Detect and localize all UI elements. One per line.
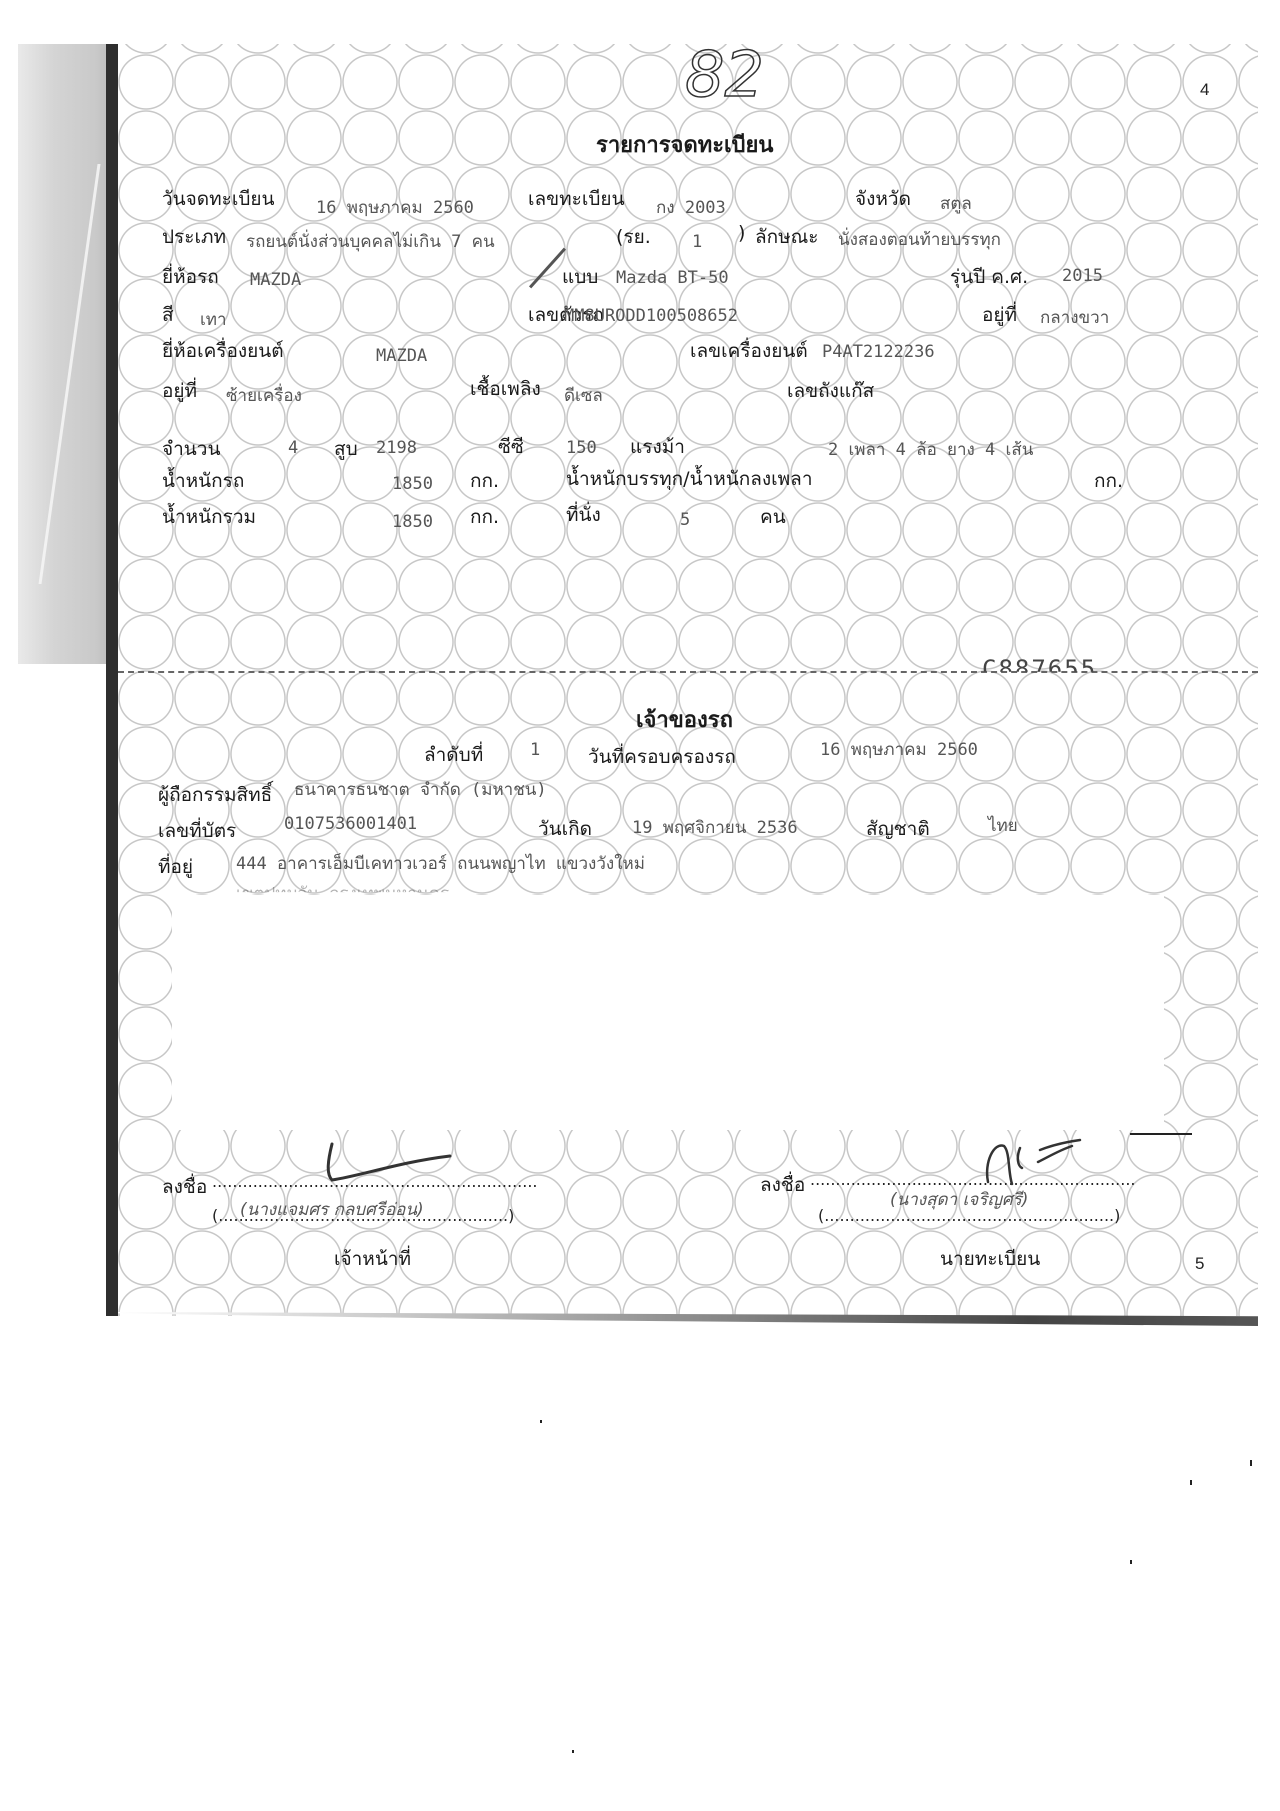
officer-sign-label: ลงชื่อ [162, 1172, 207, 1202]
model-year-label: รุ่นปี ค.ศ. [950, 262, 1028, 292]
axles-wheels-value: 2 เพลา 4 ล้อ ยาง 4 เส้น [828, 436, 1033, 463]
vin-value: MM8URODD100508652 [564, 306, 738, 326]
reg-date-label: วันจดทะเบียน [162, 184, 275, 214]
color-value: เทา [200, 306, 227, 333]
cylinder-count-label: จำนวน [162, 434, 220, 464]
scan-speck [1190, 1480, 1192, 1485]
seats-label: ที่นั่ง [566, 500, 601, 530]
scan-binding-bar [106, 44, 118, 1316]
redacted-region [172, 895, 1164, 1130]
vin-location-value: กลางขวา [1040, 304, 1109, 331]
page-number-bottom: 5 [1195, 1254, 1204, 1274]
cylinder-count-value: 4 [288, 438, 298, 458]
scan-speck [572, 1750, 574, 1753]
handwritten-number: 82 [685, 38, 764, 111]
body-type-value: นั่งสองตอนท้ายบรรทุก [838, 226, 1001, 253]
address-label: ที่อยู่ [158, 852, 193, 882]
vehicle-weight-unit: กก. [470, 466, 499, 496]
ry-open-label: (รย. [616, 222, 651, 252]
seats-value: 5 [680, 510, 690, 530]
type-label: ประเภท [162, 222, 226, 252]
registrar-title: นายทะเบียน [940, 1244, 1040, 1274]
reg-date-value: 16 พฤษภาคม 2560 [316, 194, 474, 221]
holder-label: ผู้ถือกรรมสิทธิ์ [158, 780, 272, 810]
plate-value: กง 2003 [656, 194, 726, 221]
page-number-top: 4 [1200, 80, 1209, 100]
address-line-1: 444 อาคารเอ็มบีเคทาวเวอร์ ถนนพญาไท แขวงว… [236, 850, 645, 877]
gas-tank-label: เลขถังแก๊ส [787, 376, 874, 406]
scan-speck [1130, 1560, 1132, 1564]
scan-speck [1250, 1460, 1252, 1466]
type-value: รถยนต์นั่งส่วนบุคคลไม่เกิน 7 คน [246, 228, 495, 255]
gross-weight-value: 1850 [392, 512, 433, 532]
owner-order-label: ลำดับที่ [424, 740, 483, 770]
province-label: จังหวัด [855, 184, 911, 214]
dob-value: 19 พฤศจิกายน 2536 [632, 814, 798, 841]
plate-label: เลขทะเบียน [528, 184, 625, 214]
vehicle-weight-value: 1850 [392, 474, 433, 494]
horsepower-value: 150 [566, 438, 597, 458]
cc-label: ซีซี [498, 432, 524, 462]
registration-title: รายการจดทะเบียน [596, 127, 773, 162]
officer-name-line: (.......................................… [212, 1206, 514, 1225]
officer-title: เจ้าหน้าที่ [334, 1244, 411, 1274]
engine-brand-label: ยี่ห้อเครื่องยนต์ [162, 336, 284, 366]
vin-location-label: อยู่ที่ [982, 300, 1017, 330]
brand-value: MAZDA [250, 270, 301, 290]
model-value: Mazda BT-50 [616, 268, 729, 288]
model-label: แบบ [562, 262, 598, 292]
possession-date-label: วันที่ครอบครองรถ [588, 742, 736, 772]
dob-label: วันเกิด [538, 814, 592, 844]
officer-signature-mark [320, 1140, 460, 1190]
ry-value: 1 [692, 232, 702, 252]
owner-order-value: 1 [530, 740, 540, 760]
registrar-sign-label: ลงชื่อ [760, 1170, 805, 1200]
cylinder-unit-label: สูบ [334, 434, 358, 464]
body-type-label: ลักษณะ [755, 222, 819, 252]
engine-brand-value: MAZDA [376, 346, 427, 366]
pen-dash-mark [1130, 1133, 1192, 1135]
seats-unit: คน [760, 502, 786, 532]
engine-number-value: P4AT2122236 [822, 342, 935, 362]
brand-label: ยี่ห้อรถ [162, 262, 219, 292]
holder-value: ธนาคารธนชาต จำกัด (มหาชน) [294, 776, 547, 803]
nationality-value: ไทย [988, 812, 1018, 839]
cc-value: 2198 [376, 438, 417, 458]
color-label: สี [162, 300, 174, 330]
id-number-value: 0107536001401 [284, 814, 417, 834]
gross-weight-unit: กก. [470, 502, 499, 532]
province-value: สตูล [940, 190, 972, 217]
ry-close-label: ) [738, 222, 745, 244]
load-weight-unit: กก. [1094, 466, 1123, 496]
model-year-value: 2015 [1062, 266, 1103, 286]
id-number-label: เลขที่บัตร [158, 816, 236, 846]
scan-edge-strip [18, 44, 110, 664]
horsepower-label: แรงม้า [630, 432, 685, 462]
possession-date-value: 16 พฤษภาคม 2560 [820, 736, 978, 763]
engine-number-label: เลขเครื่องยนต์ [690, 336, 808, 366]
owner-section-title: เจ้าของรถ [636, 702, 733, 737]
engine-location-label: อยู่ที่ [162, 376, 197, 406]
nationality-label: สัญชาติ [866, 814, 930, 844]
fuel-label: เชื้อเพลิง [470, 374, 541, 404]
fuel-value: ดีเซล [564, 382, 603, 409]
load-weight-label: น้ำหนักบรรทุก/น้ำหนักลงเพลา [566, 464, 813, 494]
gross-weight-label: น้ำหนักรวม [162, 502, 256, 532]
engine-location-value: ซ้ายเครื่อง [226, 382, 302, 409]
scan-speck [540, 1420, 542, 1423]
vehicle-weight-label: น้ำหนักรถ [162, 466, 244, 496]
registrar-name-line: (.......................................… [818, 1206, 1120, 1225]
